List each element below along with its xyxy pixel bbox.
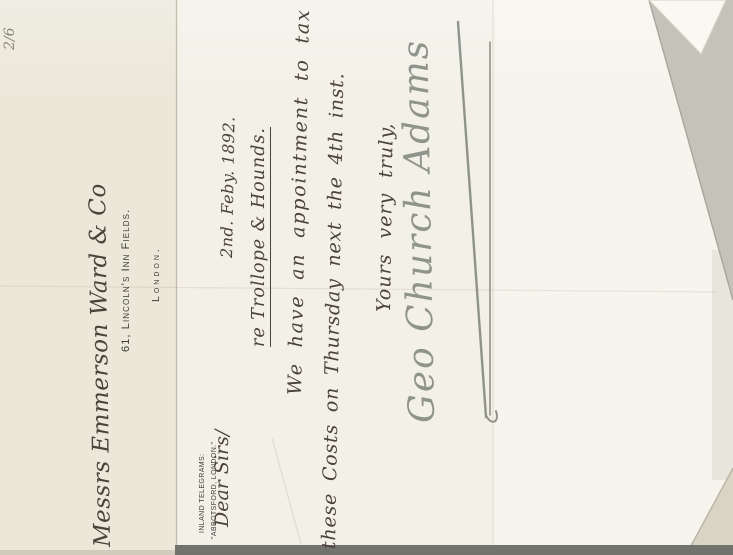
letterhead-address: 61, Lincoln's Inn Fields. xyxy=(120,209,132,352)
body-line-1: We have an appointment to tax xyxy=(284,8,314,395)
rotated-letter-content: 2/6 Messrs Emmerson Ward & Co 61, Lincol… xyxy=(0,0,733,555)
subject-line: re Trollope & Hounds. xyxy=(249,127,271,347)
pencil-corner-mark: 2/6 xyxy=(2,27,18,50)
salutation-line: Dear Sirs/ xyxy=(211,430,233,527)
scanned-letter-page: 2/6 Messrs Emmerson Ward & Co 61, Lincol… xyxy=(0,0,733,555)
recipient-line: Messrs Emmerson Ward & Co xyxy=(85,183,116,547)
telegrams-label: INLAND TELEGRAMS: xyxy=(199,454,206,533)
body-line-2: these Costs on Thursday next the 4th ins… xyxy=(318,72,348,549)
date-line: 2nd. Feby. 1892. xyxy=(217,116,238,258)
letterhead-city: London. xyxy=(150,246,162,302)
signature-flourish-upper-stroke xyxy=(458,22,486,417)
closing-line: Yours very truly, xyxy=(373,122,398,312)
signature-flourish xyxy=(440,7,510,427)
signature: Geo Church Adams xyxy=(395,38,443,423)
signature-flourish-hook xyxy=(486,411,497,422)
